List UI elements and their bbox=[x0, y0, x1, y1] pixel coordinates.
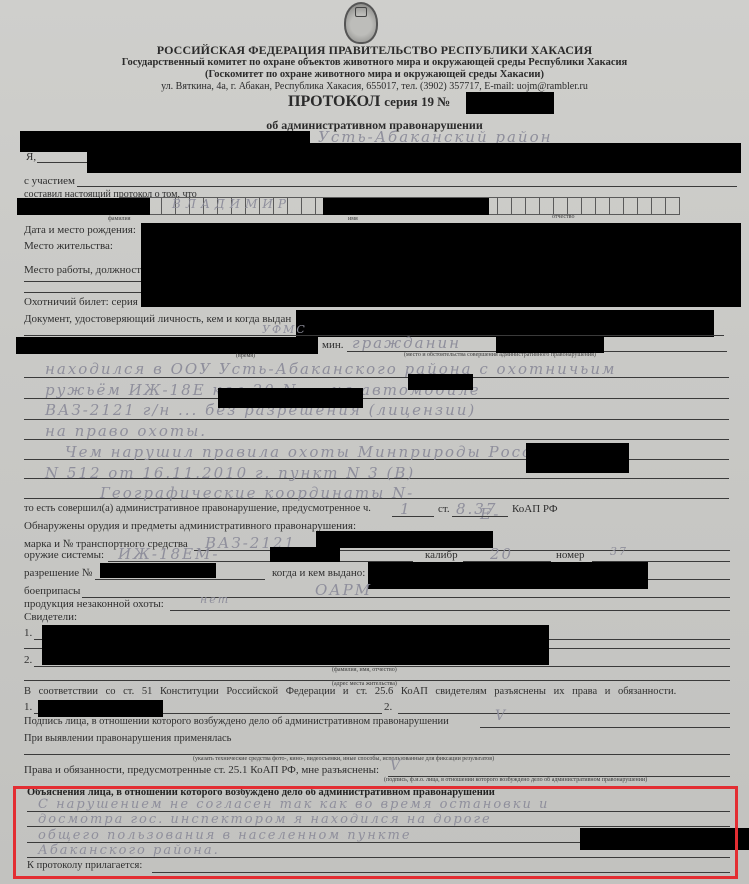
tech-label: При выявлении правонарушения применялась bbox=[24, 733, 231, 744]
permit-label: разрешение № bbox=[24, 567, 92, 579]
org-line-3: (Госкомитет по охране животного мира и о… bbox=[0, 69, 749, 80]
redacted-witness-sig bbox=[38, 700, 163, 717]
narrative-line-5: Чем нарушил правила охоты Минприроды Рос… bbox=[65, 443, 556, 461]
ammo-value: ОАРМ bbox=[315, 581, 372, 599]
number-value: 37 bbox=[610, 545, 628, 558]
caliber-label: калибр bbox=[425, 549, 458, 561]
offender-sig-label: Подпись лица, в отношении которого возбу… bbox=[24, 716, 449, 727]
org-address: ул. Вяткина, 4а, г. Абакан, Республика Х… bbox=[0, 81, 749, 92]
tools-label: Обнаружены орудия и предметы администрат… bbox=[24, 520, 356, 532]
narrative-line-4: на право охоты. bbox=[45, 422, 207, 440]
place-caption: (место и обстоятельства совершения админ… bbox=[404, 352, 596, 358]
min-handwritten: гражданин bbox=[352, 334, 461, 352]
residence-label: Место жительства: bbox=[24, 240, 113, 252]
weapon-value: ИЖ-18ЕМ- bbox=[118, 545, 219, 563]
series-label: серия 19 № bbox=[384, 94, 450, 109]
title-text: ПРОТОКОЛ bbox=[288, 93, 380, 110]
narrative-line-1: находился в ООУ Усть-Абаканского района … bbox=[45, 360, 616, 378]
redacted-place bbox=[496, 336, 604, 353]
redacted-witnesses bbox=[42, 625, 549, 665]
redacted-permit-number bbox=[100, 563, 216, 578]
name-handwritten: ВЛАДИМИР bbox=[172, 197, 291, 211]
id-doc-label: Документ, удостоверяющий личность, кем и… bbox=[24, 313, 291, 325]
ammo-label: боеприпасы bbox=[24, 585, 80, 597]
redacted-time bbox=[16, 337, 318, 354]
redacted-personal-info bbox=[141, 223, 741, 307]
offense-code-label: КоАП РФ bbox=[512, 503, 558, 515]
offender-signature: V bbox=[495, 708, 507, 724]
redacted-surname bbox=[17, 198, 150, 215]
patronymic-caption: отчество bbox=[552, 214, 574, 220]
name-caption: имя bbox=[348, 216, 358, 222]
offense-article-value: 8.37 bbox=[456, 500, 497, 518]
redacted-patronymic bbox=[323, 198, 489, 215]
rights-caption: (подпись, ф.и.о. лица, в отношении котор… bbox=[384, 777, 647, 783]
rights-label: Права и обязанности, предусмотренные ст.… bbox=[24, 764, 379, 776]
coat-of-arms-icon bbox=[344, 2, 378, 44]
offense-prefix: то есть совершил(а) административное пра… bbox=[24, 503, 371, 514]
ya-label: Я, bbox=[26, 151, 36, 163]
product-value: нет bbox=[200, 593, 230, 606]
narrative-line-6: N 512 от 16.11.2010 г. пункт N 3 (В) bbox=[45, 464, 415, 482]
redacted-issued-by bbox=[368, 562, 648, 589]
redacted-coordinates bbox=[526, 443, 629, 473]
redacted-weapon-serial bbox=[270, 547, 340, 562]
witness-sig-2: 2. bbox=[384, 701, 392, 713]
rights-signature: V bbox=[390, 758, 402, 774]
witnesses-label: Свидетели: bbox=[24, 611, 77, 623]
caliber-value: 20 bbox=[490, 545, 513, 563]
issued-label: когда и кем выдано: bbox=[272, 567, 365, 579]
document-title: ПРОТОКОЛ серия 19 № bbox=[288, 93, 450, 111]
tech-caption: (указать технические средства фото-, кин… bbox=[193, 756, 494, 762]
redacted-narrative-2 bbox=[218, 388, 363, 408]
narrative-line-7: Географические координаты N- bbox=[100, 484, 414, 502]
explanation-highlight-box bbox=[13, 786, 738, 879]
witness-rights-text: В соответствии со ст. 51 Конституции Рос… bbox=[24, 686, 676, 697]
org-line-2: Государственный комитет по охране объект… bbox=[0, 57, 749, 68]
number-label: номер bbox=[556, 549, 585, 561]
surname-caption: фамилия bbox=[108, 216, 131, 222]
offense-part-value: 1 bbox=[400, 500, 412, 518]
witness-2-number: 2. bbox=[24, 654, 32, 666]
min-label: мин. bbox=[322, 339, 343, 351]
fio-caption: (фамилия, имя, отчество) bbox=[332, 667, 397, 673]
id-doc-handwritten: УФМС bbox=[262, 323, 307, 336]
redacted-vehicle-number bbox=[316, 531, 493, 548]
weapon-label: оружие системы: bbox=[24, 549, 104, 561]
participation-label: с участием bbox=[24, 175, 75, 187]
birth-label: Дата и место рождения: bbox=[24, 224, 136, 236]
org-line-1: РОССИЙСКАЯ ФЕДЕРАЦИЯ ПРАВИТЕЛЬСТВО РЕСПУ… bbox=[0, 43, 749, 58]
redacted-narrative-1 bbox=[408, 374, 473, 390]
time-caption: (время) bbox=[236, 353, 255, 359]
offense-article-label: ст. bbox=[438, 503, 450, 515]
redacted-id-doc bbox=[296, 310, 714, 337]
product-label: продукция незаконной охоты: bbox=[24, 598, 164, 610]
witness-sig-1: 1. bbox=[24, 701, 32, 713]
work-label: Место работы, должность bbox=[24, 264, 146, 276]
hunting-ticket-label: Охотничий билет: серия bbox=[24, 296, 138, 308]
witness-1-number: 1. bbox=[24, 627, 32, 639]
redacted-protocol-number bbox=[466, 92, 554, 114]
redacted-inspector-name bbox=[87, 143, 741, 173]
protocol-document: РОССИЙСКАЯ ФЕДЕРАЦИЯ ПРАВИТЕЛЬСТВО РЕСПУ… bbox=[0, 0, 749, 884]
